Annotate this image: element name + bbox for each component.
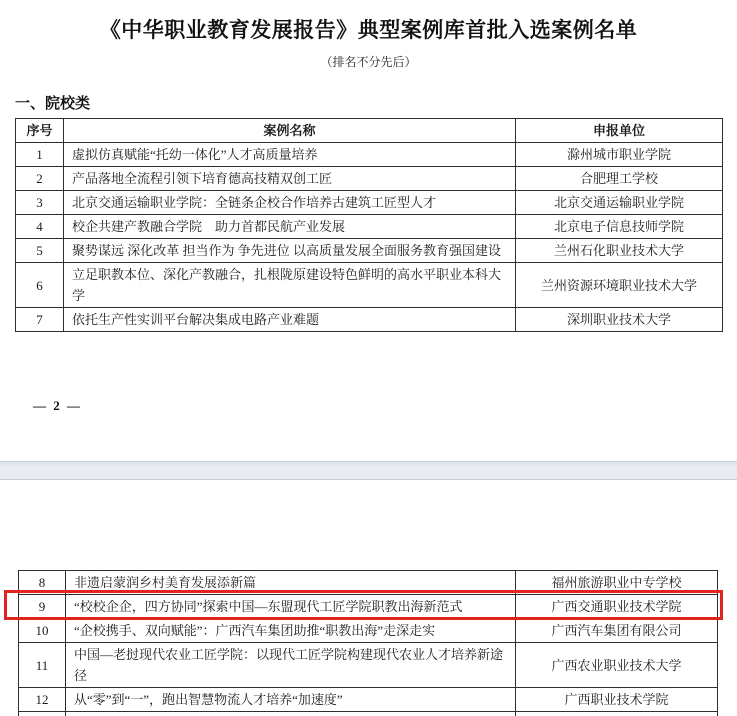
cell-no: 4	[16, 215, 64, 239]
cell-no: 11	[19, 643, 66, 688]
cell-case: 虚拟仿真赋能“托幼一体化”人才高质量培养	[64, 143, 516, 167]
cell-unit	[516, 712, 718, 716]
cell-case: “校校企企，四方协同”探索中国—东盟现代工匠学院职教出海新范式	[66, 595, 516, 619]
cell-no: 3	[16, 191, 64, 215]
cell-unit: 广西交通职业技术学院	[516, 595, 718, 619]
cell-unit: 兰州石化职业技术大学	[516, 239, 723, 263]
page-number: — 2 —	[33, 398, 82, 414]
table-row: 10“企校携手、双向赋能”：广西汽车集团助推“职教出海”走深走实广西汽车集团有限…	[19, 619, 718, 643]
cell-case: 立足职教本位、深化产教融合，扎根陇原建设特色鲜明的高水平职业本科大学	[64, 263, 516, 308]
cell-unit: 深圳职业技术大学	[516, 308, 723, 332]
table-row: 4校企共建产教融合学院 助力首都民航产业发展北京电子信息技师学院	[16, 215, 723, 239]
table-row-partial	[19, 712, 718, 716]
cell-unit: 合肥理工学校	[516, 167, 723, 191]
table-row: 12从“零”到“一”，跑出智慧物流人才培养“加速度”广西职业技术学院	[19, 688, 718, 712]
cell-case: 产品落地全流程引领下培育德高技精双创工匠	[64, 167, 516, 191]
cell-case: 中国—老挝现代农业工匠学院：以现代工匠学院构建现代农业人才培养新途径	[66, 643, 516, 688]
cell-case: 校企共建产教融合学院 助力首都民航产业发展	[64, 215, 516, 239]
cell-no: 1	[16, 143, 64, 167]
table-row: 8非遗启蒙润乡村美育发展添新篇福州旅游职业中专学校	[19, 571, 718, 595]
cell-no: 12	[19, 688, 66, 712]
cell-unit: 兰州资源环境职业技术大学	[516, 263, 723, 308]
header-unit: 申报单位	[516, 119, 723, 143]
cell-no	[19, 712, 66, 716]
cell-case: 非遗启蒙润乡村美育发展添新篇	[66, 571, 516, 595]
cell-case: 依托生产性实训平台解决集成电路产业难题	[64, 308, 516, 332]
cell-case: 北京交通运输职业学院：全链条企校合作培养古建筑工匠型人才	[64, 191, 516, 215]
cell-no: 2	[16, 167, 64, 191]
cell-unit: 北京电子信息技师学院	[516, 215, 723, 239]
cell-no: 8	[19, 571, 66, 595]
cell-case: 从“零”到“一”，跑出智慧物流人才培养“加速度”	[66, 688, 516, 712]
table-row: 11中国—老挝现代农业工匠学院：以现代工匠学院构建现代农业人才培养新途径广西农业…	[19, 643, 718, 688]
cell-no: 5	[16, 239, 64, 263]
header-case-name: 案例名称	[64, 119, 516, 143]
document-title: 《中华职业教育发展报告》典型案例库首批入选案例名单	[0, 14, 737, 44]
table-row: 1虚拟仿真赋能“托幼一体化”人才高质量培养滁州城市职业学院	[16, 143, 723, 167]
cell-no: 10	[19, 619, 66, 643]
cell-unit: 广西职业技术学院	[516, 688, 718, 712]
table-row: 6立足职教本位、深化产教融合，扎根陇原建设特色鲜明的高水平职业本科大学兰州资源环…	[16, 263, 723, 308]
cell-unit: 广西汽车集团有限公司	[516, 619, 718, 643]
cell-unit: 北京交通运输职业学院	[516, 191, 723, 215]
cell-no: 9	[19, 595, 66, 619]
table-row: 3北京交通运输职业学院：全链条企校合作培养古建筑工匠型人才北京交通运输职业学院	[16, 191, 723, 215]
document-subtitle: （排名不分先后）	[0, 53, 737, 70]
section-heading: 一、院校类	[15, 92, 90, 113]
cell-unit: 广西农业职业技术大学	[516, 643, 718, 688]
table-row: 5聚势谋远 深化改革 担当作为 争先进位 以高质量发展全面服务教育强国建设兰州石…	[16, 239, 723, 263]
table-row: 7依托生产性实训平台解决集成电路产业难题深圳职业技术大学	[16, 308, 723, 332]
table-row: 9“校校企企，四方协同”探索中国—东盟现代工匠学院职教出海新范式广西交通职业技术…	[19, 595, 718, 619]
table-header-row: 序号 案例名称 申报单位	[16, 119, 723, 143]
cell-no: 7	[16, 308, 64, 332]
cell-case: 聚势谋远 深化改革 担当作为 争先进位 以高质量发展全面服务教育强国建设	[64, 239, 516, 263]
document-page: 《中华职业教育发展报告》典型案例库首批入选案例名单 （排名不分先后） 一、院校类…	[0, 0, 737, 716]
cases-table-page2: 序号 案例名称 申报单位 1虚拟仿真赋能“托幼一体化”人才高质量培养滁州城市职业…	[15, 118, 723, 332]
header-no: 序号	[16, 119, 64, 143]
cell-case	[66, 712, 516, 716]
page-separator-band	[0, 461, 737, 480]
table-row: 2产品落地全流程引领下培育德高技精双创工匠合肥理工学校	[16, 167, 723, 191]
cell-case: “企校携手、双向赋能”：广西汽车集团助推“职教出海”走深走实	[66, 619, 516, 643]
cell-no: 6	[16, 263, 64, 308]
cases-table-page3: 8非遗启蒙润乡村美育发展添新篇福州旅游职业中专学校9“校校企企，四方协同”探索中…	[18, 570, 718, 716]
cell-unit: 福州旅游职业中专学校	[516, 571, 718, 595]
cell-unit: 滁州城市职业学院	[516, 143, 723, 167]
